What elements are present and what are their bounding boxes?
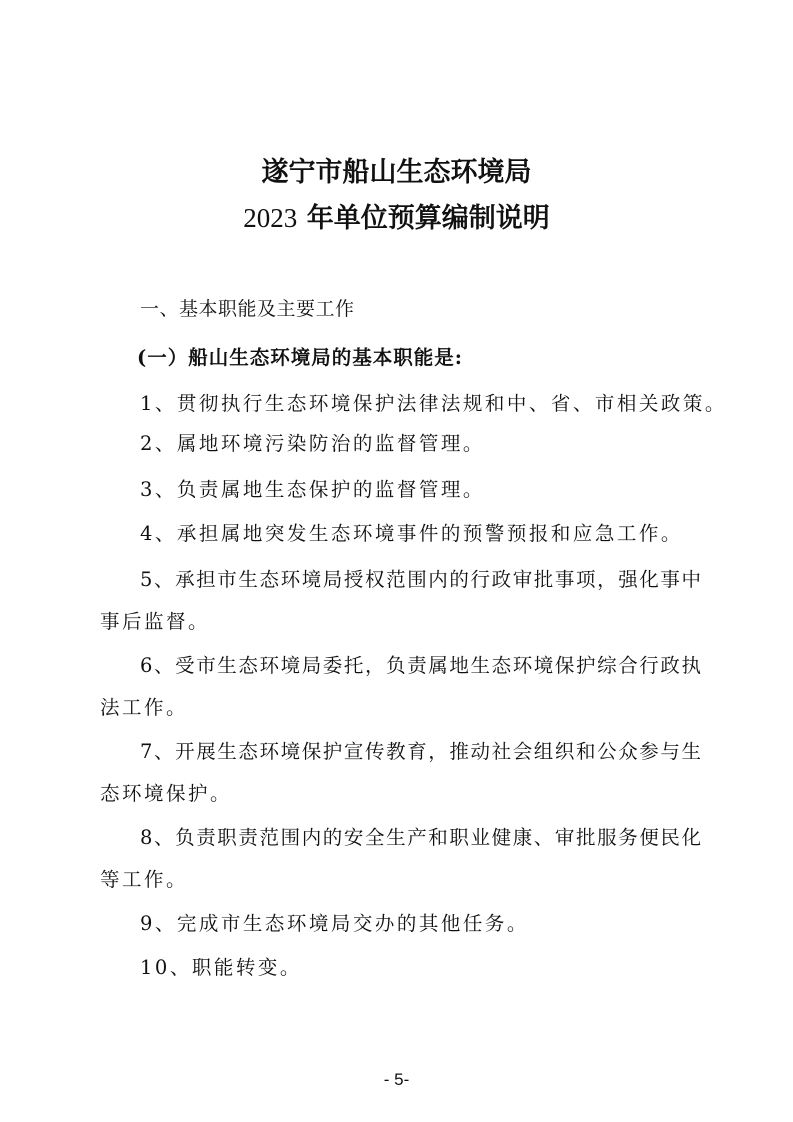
list-item: 10、职能转变。 [140, 952, 302, 980]
item-text: 属地环境污染防治的监督管理。 [177, 432, 485, 455]
title-text: 年单位预算编制说明 [297, 203, 549, 234]
item-text: 完成市生态环境局交办的其他任务。 [177, 912, 529, 935]
list-item: 4、承担属地突发生态环境事件的预警预报和应急工作。 [140, 518, 683, 546]
page-number: - 5- [0, 1070, 793, 1090]
item-text: 负责职责范围内的安全生产和职业健康、审批服务便民化 [175, 826, 703, 849]
list-item: 7、开展生态环境保护宣传教育，推动社会组织和公众参与生 [140, 736, 703, 764]
item-number: 4、 [140, 522, 177, 545]
list-item-continuation: 法工作。 [100, 692, 188, 720]
item-number: 7、 [140, 740, 175, 763]
item-text: 贯彻执行生态环境保护法律法规和中、省、市相关政策。 [177, 392, 727, 415]
item-text: 受市生态环境局委托，负责属地生态环境保护综合行政执 [175, 654, 703, 677]
item-number: 1、 [140, 392, 177, 415]
item-text: 职能转变。 [192, 956, 302, 979]
list-item: 2、属地环境污染防治的监督管理。 [140, 428, 485, 456]
title-year: 2023 [243, 203, 297, 233]
item-number: 9、 [140, 912, 177, 935]
list-item: 1、贯彻执行生态环境保护法律法规和中、省、市相关政策。 [140, 388, 727, 416]
item-text: 承担市生态环境局授权范围内的行政审批事项，强化事中 [175, 568, 703, 591]
document-title-line2: 2023 年单位预算编制说明 [0, 196, 793, 235]
item-text: 负责属地生态保护的监督管理。 [177, 478, 485, 501]
section-heading: 一、基本职能及主要工作 [140, 294, 355, 321]
item-text: 承担属地突发生态环境事件的预警预报和应急工作。 [177, 522, 683, 545]
item-number: 5、 [140, 568, 175, 591]
list-item: 8、负责职责范围内的安全生产和职业健康、审批服务便民化 [140, 822, 703, 850]
item-number: 3、 [140, 478, 177, 501]
subsection-heading: (一）船山生态环境局的基本职能是: [137, 342, 463, 370]
item-text: 开展生态环境保护宣传教育，推动社会组织和公众参与生 [175, 740, 703, 763]
list-item-continuation: 态环境保护。 [100, 778, 232, 806]
list-item: 3、负责属地生态保护的监督管理。 [140, 474, 485, 502]
list-item: 9、完成市生态环境局交办的其他任务。 [140, 908, 529, 936]
list-item: 5、承担市生态环境局授权范围内的行政审批事项，强化事中 [140, 564, 703, 592]
list-item: 6、受市生态环境局委托，负责属地生态环境保护综合行政执 [140, 650, 703, 678]
item-number: 6、 [140, 654, 175, 677]
item-number: 2、 [140, 432, 177, 455]
list-item-continuation: 等工作。 [100, 864, 188, 892]
item-number: 8、 [140, 826, 175, 849]
document-title-line1: 遂宁市船山生态环境局 [0, 150, 793, 189]
item-number: 10、 [140, 956, 192, 979]
list-item-continuation: 事后监督。 [100, 606, 210, 634]
